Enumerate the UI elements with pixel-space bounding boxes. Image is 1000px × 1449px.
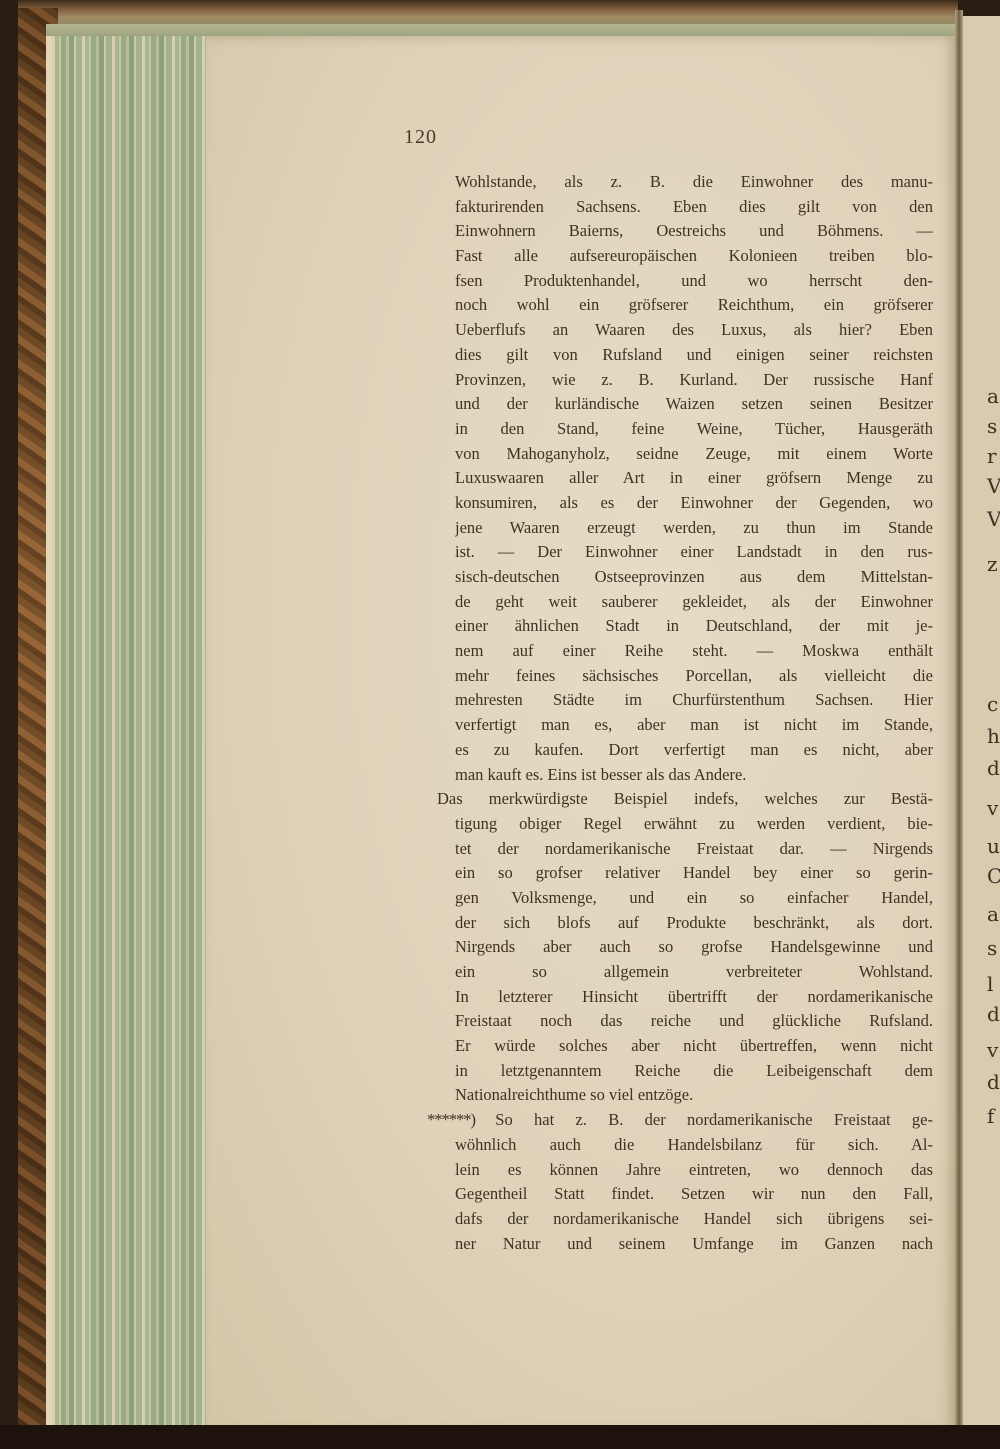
footnote-line: Gegentheil Statt findet. Setzen wir nun …	[455, 1182, 933, 1207]
text-line: Ueberflufs an Waaren des Luxus, als hier…	[455, 318, 933, 343]
footnote-line: ******) So hat z. B. der nordamerikanisc…	[427, 1108, 933, 1133]
text-line: Luxuswaaren aller Art in einer gröfsern …	[455, 466, 933, 491]
text-line: tet der nordamerikanische Freistaat dar.…	[455, 837, 933, 862]
facing-page-letter: a	[987, 904, 999, 924]
book-gutter	[955, 10, 963, 1440]
text-line: konsumiren, als es der Einwohner der Geg…	[455, 491, 933, 516]
footnote-text: So hat z. B. der nordamerikanische Freis…	[495, 1110, 933, 1129]
footnote-line: wöhnlich auch die Handelsbilanz für sich…	[455, 1133, 933, 1158]
text-line: verfertigt man es, aber man ist nicht im…	[455, 713, 933, 738]
facing-page-letter: d	[987, 1004, 1000, 1024]
facing-page-letter: c	[987, 694, 998, 714]
book-bottom-shadow	[0, 1425, 1000, 1449]
facing-page-letter: v	[987, 798, 998, 818]
page-block-top-edge	[46, 24, 958, 36]
footnote-line: dafs der nordamerikanische Handel sich ü…	[455, 1207, 933, 1232]
facing-page-letter: f	[987, 1106, 994, 1126]
paragraph-2: Das merkwürdigste Beispiel indefs, welch…	[455, 787, 933, 1108]
text-line: und der kurländische Waizen setzen seine…	[455, 392, 933, 417]
text-line: Provinzen, wie z. B. Kurland. Der russis…	[455, 368, 933, 393]
facing-page-letter: s	[987, 938, 997, 958]
text-line: ist. — Der Einwohner einer Landstadt in …	[455, 540, 933, 565]
footnote-line: lein es können Jahre eintreten, wo denno…	[455, 1158, 933, 1183]
facing-page-letter: d	[987, 1072, 1000, 1092]
text-line: Einwohnern Baierns, Oestreichs und Böhme…	[455, 219, 933, 244]
facing-page-letter: d	[987, 758, 1000, 778]
footnote: ******) So hat z. B. der nordamerikanisc…	[455, 1108, 933, 1256]
facing-page-letter: v	[987, 1040, 998, 1060]
book-cover-top	[18, 0, 958, 24]
text-line: jene Waaren erzeugt werden, zu thun im S…	[455, 516, 933, 541]
facing-page-letter: V	[987, 476, 1000, 496]
text-line: de geht weit sauberer gekleidet, als der…	[455, 590, 933, 615]
text-line: Wohlstande, als z. B. die Einwohner des …	[455, 170, 933, 195]
text-line: Freistaat noch das reiche und glückliche…	[455, 1009, 933, 1034]
facing-page-letter: C	[987, 866, 1000, 886]
text-line: von Mahoganyholz, seidne Zeuge, mit eine…	[455, 442, 933, 467]
text-line: der sich blofs auf Produkte beschränkt, …	[455, 911, 933, 936]
text-line: es zu kaufen. Dort verfertigt man es nic…	[455, 738, 933, 763]
text-line: dies gilt von Rufsland und einigen seine…	[455, 343, 933, 368]
facing-page-letter: l	[987, 974, 993, 994]
text-line: mehr feines sächsisches Porcellan, als v…	[455, 664, 933, 689]
facing-page-fragment: asrVVzchdvuCasldvdf	[963, 16, 1000, 1436]
facing-page-letter: z	[987, 554, 998, 574]
text-line: in den Stand, feine Weine, Tücher, Hausg…	[455, 417, 933, 442]
facing-page-letter: a	[987, 386, 999, 406]
facing-page-letter: V	[987, 509, 1000, 529]
facing-page-letter: u	[987, 836, 1000, 856]
facing-page-letter: r	[987, 446, 997, 466]
paragraph-1: Wohlstande, als z. B. die Einwohner des …	[455, 170, 933, 787]
text-line: mehresten Städte im Churfürstenthum Sach…	[455, 688, 933, 713]
text-line: In letzterer Hinsicht übertrifft der nor…	[455, 985, 933, 1010]
text-line: in letztgenanntem Reiche die Leibeigensc…	[455, 1059, 933, 1084]
text-line: einer ähnlichen Stadt in Deutschland, de…	[455, 614, 933, 639]
text-line: Nirgends aber auch so grofse Handelsgewi…	[455, 935, 933, 960]
facing-page-letter: s	[987, 416, 997, 436]
footnote-line: ner Natur und seinem Umfange im Ganzen n…	[455, 1232, 933, 1257]
text-line: fsen Produktenhandel, und wo herrscht de…	[455, 269, 933, 294]
text-line: Er würde solches aber nicht übertreffen,…	[455, 1034, 933, 1059]
text-line: fakturirenden Sachsens. Eben dies gilt v…	[455, 195, 933, 220]
text-line: sisch-deutschen Ostseeprovinzen aus dem …	[455, 565, 933, 590]
text-line: man kauft es. Eins ist besser als das An…	[455, 763, 933, 788]
facing-page-letter: h	[987, 726, 1000, 746]
text-line: tigung obiger Regel erwähnt zu werden ve…	[455, 812, 933, 837]
text-line: Fast alle aufsereuropäischen Kolonieen t…	[455, 244, 933, 269]
text-line: nem auf einer Reihe steht. — Moskwa enth…	[455, 639, 933, 664]
page-number: 120	[404, 126, 437, 149]
page-block-edges	[46, 24, 212, 1434]
page-body-text: Wohlstande, als z. B. die Einwohner des …	[455, 170, 933, 1256]
text-line: noch wohl ein gröfserer Reichthum, ein g…	[455, 293, 933, 318]
text-line: ein so allgemein verbreiteter Wohlstand.	[455, 960, 933, 985]
text-line: Das merkwürdigste Beispiel indefs, welch…	[437, 787, 933, 812]
text-line: gen Volksmenge, und ein so einfacher Han…	[455, 886, 933, 911]
text-line: ein so grofser relativer Handel bey eine…	[455, 861, 933, 886]
footnote-marker: ******)	[427, 1110, 495, 1129]
text-line: Nationalreichthume so viel entzöge.	[455, 1083, 933, 1108]
